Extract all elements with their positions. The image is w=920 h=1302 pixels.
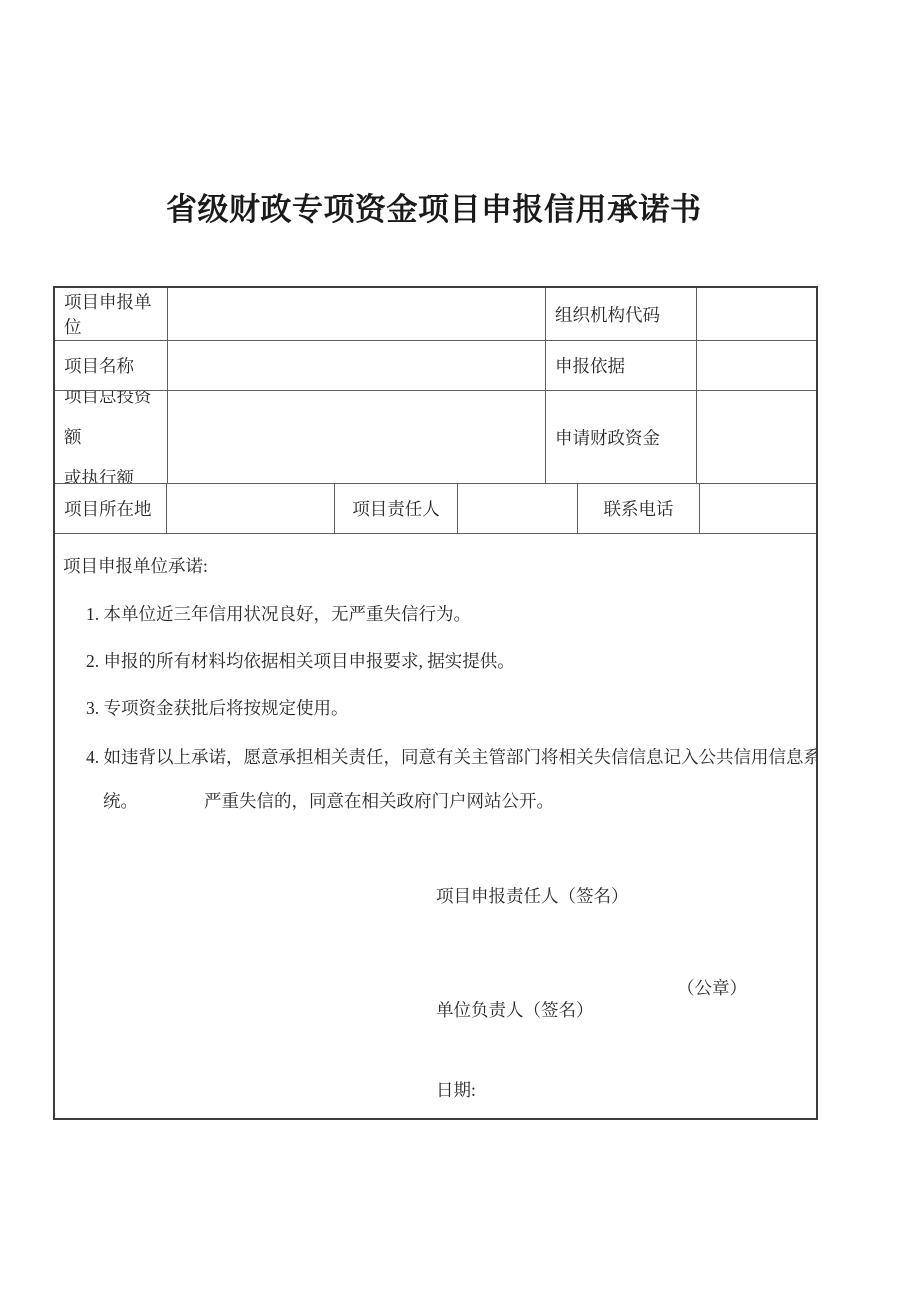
commitment-item-3: 3. 专项资金获批后将按规定使用。 xyxy=(86,696,349,720)
applicant-signature-label: 项目申报责任人（签名） xyxy=(436,884,629,908)
document-page: 省级财政专项资金项目申报信用承诺书 项目申报单位 组织机构代码 项目名称 申报依… xyxy=(0,0,920,1302)
org-code-input-cell[interactable] xyxy=(697,288,816,340)
commitment-item-2: 2. 申报的所有材料均依据相关项目申报要求, 据实提供。 xyxy=(86,649,515,673)
total-investment-input-cell[interactable] xyxy=(168,391,546,483)
requested-funds-label: 申请财政资金 xyxy=(546,391,697,483)
project-location-input-cell[interactable] xyxy=(167,484,335,533)
commitment-heading: 项目申报单位承诺: xyxy=(63,554,208,578)
official-seal-label: （公章） xyxy=(677,976,747,1000)
project-manager-label: 项目责任人 xyxy=(335,484,458,533)
table-row: 项目名称 申报依据 xyxy=(55,341,816,391)
total-investment-label-line1: 项目总投资额 xyxy=(64,391,167,458)
contact-phone-label: 联系电话 xyxy=(578,484,700,533)
project-unit-label: 项目申报单位 xyxy=(55,288,168,340)
project-manager-input-cell[interactable] xyxy=(458,484,578,533)
application-basis-input-cell[interactable] xyxy=(697,341,816,390)
requested-funds-input-cell[interactable] xyxy=(697,391,816,483)
unit-head-signature-label: 单位负责人（签名） xyxy=(436,998,594,1022)
project-unit-input-cell[interactable] xyxy=(168,288,546,340)
date-label: 日期: xyxy=(436,1078,476,1102)
commitment-item-4-continuation-2: 严重失信的，同意在相关政府门户网站公开。 xyxy=(204,789,554,813)
application-form-table: 项目申报单位 组织机构代码 项目名称 申报依据 项目总投资额 或执行额 申请财政… xyxy=(53,286,818,1120)
project-name-input-cell[interactable] xyxy=(168,341,546,390)
commitment-item-4-continuation: 统。 xyxy=(103,789,138,813)
commitment-item-4-line1: 4. 如违背以上承诺，愿意承担相关责任，同意有关主管部门将相关失信信息记入公共信… xyxy=(86,745,816,769)
project-name-label: 项目名称 xyxy=(55,341,168,390)
total-investment-label-lines: 项目总投资额 或执行额 xyxy=(64,391,167,483)
table-row: 项目总投资额 或执行额 申请财政资金 xyxy=(55,391,816,484)
commitment-cell: 项目申报单位承诺: 1. 本单位近三年信用状况良好，无严重失信行为。 2. 申报… xyxy=(55,534,816,1118)
commitment-item-1: 1. 本单位近三年信用状况良好，无严重失信行为。 xyxy=(86,602,471,626)
contact-phone-input-cell[interactable] xyxy=(700,484,816,533)
table-row: 项目所在地 项目责任人 联系电话 xyxy=(55,484,816,534)
org-code-label: 组织机构代码 xyxy=(546,288,697,340)
total-investment-label: 项目总投资额 或执行额 xyxy=(55,391,168,483)
total-investment-label-line2: 或执行额 xyxy=(64,458,167,484)
table-row: 项目申报单位承诺: 1. 本单位近三年信用状况良好，无严重失信行为。 2. 申报… xyxy=(55,534,816,1118)
project-location-label: 项目所在地 xyxy=(55,484,167,533)
page-title: 省级财政专项资金项目申报信用承诺书 xyxy=(166,184,702,229)
table-row: 项目申报单位 组织机构代码 xyxy=(55,288,816,341)
application-basis-label: 申报依据 xyxy=(546,341,697,390)
